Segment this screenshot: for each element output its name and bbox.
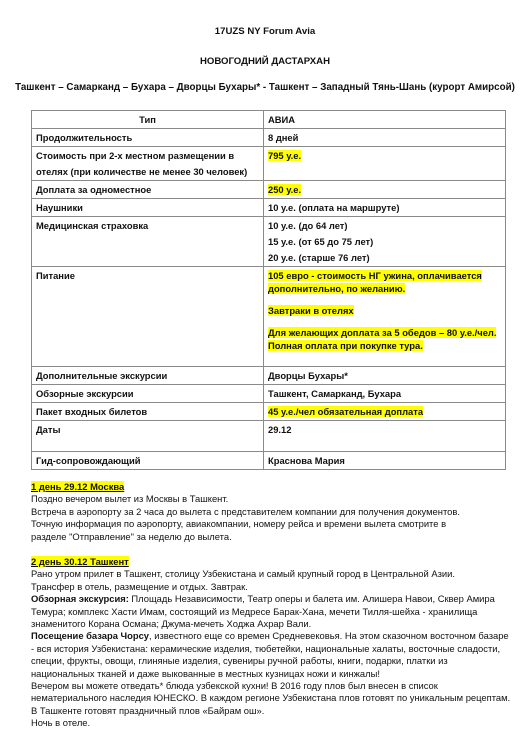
- day-text-line: Рано утром прилет в Ташкент, столицу Узб…: [31, 568, 511, 580]
- row-value: 45 у.е./чел обязательная доплата: [264, 403, 506, 421]
- bazaar-label: Посещение базара Чорсу: [31, 630, 149, 641]
- supplement-value: 250 у.е.: [268, 184, 301, 195]
- day-text-line: Точную информация по аэропорту, авиакомп…: [31, 518, 511, 530]
- table-row-duration: Продолжительность 8 дней: [32, 129, 506, 147]
- table-row-tickets: Пакет входных билетов 45 у.е./чел обязат…: [32, 403, 506, 421]
- row-label: Питание: [32, 267, 264, 367]
- row-value: Краснова Мария: [264, 452, 506, 470]
- row-label: Тип: [32, 111, 264, 129]
- row-label: Обзорные экскурсии: [32, 385, 264, 403]
- tour-code: 17UZS NY Forum Avia: [0, 26, 530, 38]
- table-row-type: Тип АВИА: [32, 111, 506, 129]
- insurance-line: 10 у.е. (до 64 лет): [268, 218, 501, 234]
- row-label-line: отелях (при количестве не менее 30 челов…: [36, 164, 259, 180]
- row-value: 8 дней: [264, 129, 506, 147]
- row-value: 795 у.е.: [264, 147, 506, 181]
- day-text-line: разделе "Отправление" за неделю до вылет…: [31, 531, 511, 543]
- price-value: 795 у.е.: [268, 150, 301, 161]
- row-label: Гид-сопровождающий: [32, 452, 264, 470]
- row-value: АВИА: [264, 111, 506, 129]
- row-label: Дополнительные экскурсии: [32, 367, 264, 385]
- table-row-price: Стоимость при 2-х местном размещении в о…: [32, 147, 506, 181]
- itinerary-day-1: 1 день 29.12 Москва Поздно вечером вылет…: [31, 481, 511, 543]
- table-row-extra-excursions: Дополнительные экскурсии Дворцы Бухары*: [32, 367, 506, 385]
- table-row-city-tours: Обзорные экскурсии Ташкент, Самарканд, Б…: [32, 385, 506, 403]
- row-value: Ташкент, Самарканд, Бухара: [264, 385, 506, 403]
- row-value: 10 у.е. (до 64 лет) 15 у.е. (от 65 до 75…: [264, 217, 506, 267]
- table-row-single-supplement: Доплата за одноместное 250 у.е.: [32, 181, 506, 199]
- meals-line: Полная оплата при покупке тура.: [268, 340, 423, 351]
- row-label: Наушники: [32, 199, 264, 217]
- day-text-line: Трансфер в отель, размещение и отдых. За…: [31, 581, 511, 593]
- table-row-guide: Гид-сопровождающий Краснова Мария: [32, 452, 506, 470]
- meals-line: дополнительно, по желанию.: [268, 283, 405, 294]
- meals-line: 105 евро - стоимость НГ ужина, оплачивае…: [268, 270, 482, 281]
- insurance-line: 15 у.е. (от 65 до 75 лет): [268, 234, 501, 250]
- row-value: 29.12: [264, 421, 506, 452]
- excursion-paragraph: Обзорная экскурсия: Площадь Независимост…: [31, 593, 511, 630]
- row-label: Доплата за одноместное: [32, 181, 264, 199]
- day-text-line: Поздно вечером вылет из Москвы в Ташкент…: [31, 493, 511, 505]
- insurance-line: 20 у.е. (старше 76 лет): [268, 250, 501, 266]
- row-label-line: Стоимость при 2-х местном размещении в: [36, 148, 259, 164]
- day-title: 2 день 30.12 Ташкент: [31, 556, 129, 567]
- tour-name: НОВОГОДНИЙ ДАСТАРХАН: [0, 56, 530, 68]
- meals-line: Завтраки в отелях: [268, 305, 354, 316]
- bazaar-paragraph: Посещение базара Чорсу, известного еще с…: [31, 630, 511, 680]
- table-row-dates: Даты 29.12: [32, 421, 506, 452]
- tour-route: Ташкент – Самарканд – Бухара – Дворцы Бу…: [0, 82, 530, 94]
- table-row-headphones: Наушники 10 у.е. (оплата на маршруте): [32, 199, 506, 217]
- row-label: Медицинская страховка: [32, 217, 264, 267]
- night-line: Ночь в отеле.: [31, 717, 511, 729]
- tour-info-table: Тип АВИА Продолжительность 8 дней Стоимо…: [31, 110, 506, 470]
- row-value: 10 у.е. (оплата на маршруте): [264, 199, 506, 217]
- spacer: [268, 317, 501, 326]
- tickets-value: 45 у.е./чел обязательная доплата: [268, 406, 423, 417]
- row-value: 105 евро - стоимость НГ ужина, оплачивае…: [264, 267, 506, 367]
- row-value: 250 у.е.: [264, 181, 506, 199]
- row-value: Дворцы Бухары*: [264, 367, 506, 385]
- excursion-label: Обзорная экскурсия:: [31, 593, 129, 604]
- evening-paragraph: Вечером вы можете отведать* блюда узбекс…: [31, 680, 511, 717]
- day-text-line: Встреча в аэропорту за 2 часа до вылета …: [31, 506, 511, 518]
- table-row-meals: Питание 105 евро - стоимость НГ ужина, о…: [32, 267, 506, 367]
- day-title: 1 день 29.12 Москва: [31, 481, 124, 492]
- row-label: Пакет входных билетов: [32, 403, 264, 421]
- meals-line: Для желающих доплата за 5 обедов – 80 у.…: [268, 327, 496, 338]
- itinerary-day-2: 2 день 30.12 Ташкент Рано утром прилет в…: [31, 556, 511, 730]
- row-label: Стоимость при 2-х местном размещении в о…: [32, 147, 264, 181]
- row-label: Продолжительность: [32, 129, 264, 147]
- spacer: [268, 295, 501, 304]
- row-label: Даты: [32, 421, 264, 452]
- table-row-insurance: Медицинская страховка 10 у.е. (до 64 лет…: [32, 217, 506, 267]
